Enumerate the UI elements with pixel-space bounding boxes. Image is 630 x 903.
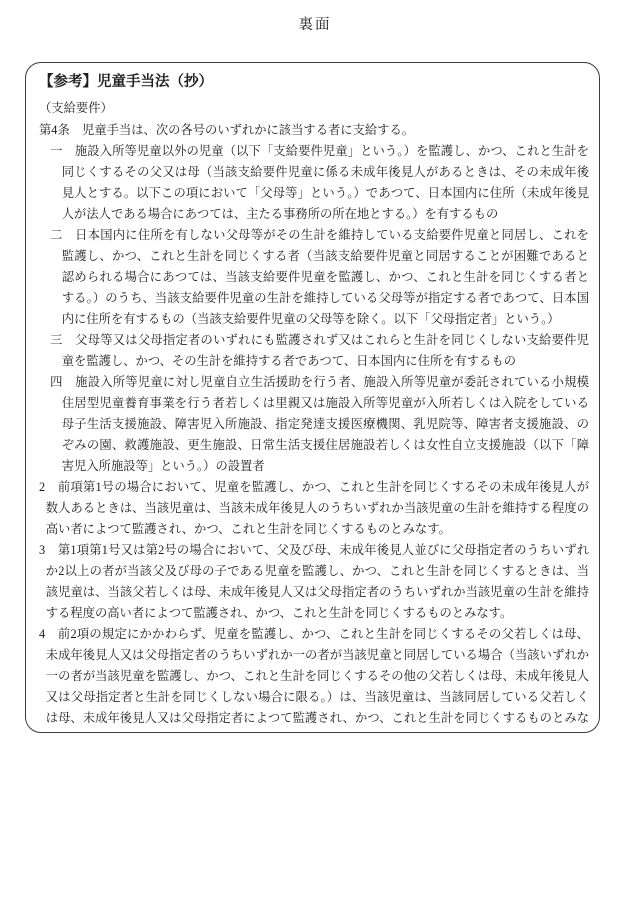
- paragraph-list: 第4条 児童手当は、次の各号のいずれかに該当する者に支給する。一 施設入所等児童…: [39, 120, 589, 733]
- law-paragraph: 一 施設入所等児童以外の児童（以下「支給要件児童」という。）を監護し、かつ、これ…: [39, 141, 589, 225]
- paragraph-text: 前項第1号の場合において、児童を監護し、かつ、これと生計を同じくするその未成年後…: [46, 480, 589, 536]
- page-title: 裏面: [0, 13, 630, 34]
- paragraph-text: 日本国内に住所を有しない父母等がその生計を維持している支給要件児童と同居し、これ…: [62, 228, 589, 326]
- paragraph-number: 3: [39, 543, 58, 557]
- paragraph-text: 第1項第1号又は第2号の場合において、父及び母、未成年後見人並びに父母指定者のう…: [46, 543, 589, 620]
- law-paragraph: 3 第1項第1号又は第2号の場合において、父及び母、未成年後見人並びに父母指定者…: [39, 540, 589, 624]
- document-page: 裏面 【参考】児童手当法（抄） （支給要件） 第4条 児童手当は、次の各号のいず…: [0, 0, 630, 903]
- paragraph-number: 4: [39, 627, 58, 641]
- paragraph-text: 前2項の規定にかかわらず、児童を監護し、かつ、これと生計を同じくするその父若しく…: [46, 627, 589, 733]
- paragraph-number: 2: [39, 480, 58, 494]
- law-paragraph: 二 日本国内に住所を有しない父母等がその生計を維持している支給要件児童と同居し、…: [39, 225, 589, 330]
- law-paragraph: 4 前2項の規定にかかわらず、児童を監護し、かつ、これと生計を同じくするその父若…: [39, 624, 589, 733]
- reference-box-title: 【参考】児童手当法（抄）: [39, 71, 589, 93]
- law-paragraph: 四 施設入所等児童に対し児童自立生活援助を行う者、施設入所等児童が委託されている…: [39, 372, 589, 477]
- reference-box-subtitle: （支給要件）: [39, 98, 589, 119]
- paragraph-number: 第4条: [39, 123, 82, 137]
- law-paragraph: 2 前項第1号の場合において、児童を監護し、かつ、これと生計を同じくするその未成…: [39, 477, 589, 540]
- law-paragraph: 第4条 児童手当は、次の各号のいずれかに該当する者に支給する。: [39, 120, 589, 141]
- paragraph-text: 児童手当は、次の各号のいずれかに該当する者に支給する。: [82, 123, 414, 137]
- law-paragraph: 三 父母等又は父母指定者のいずれにも監護されず又はこれらと生計を同じくしない支給…: [39, 330, 589, 372]
- paragraph-text: 父母等又は父母指定者のいずれにも監護されず又はこれらと生計を同じくしない支給要件…: [62, 333, 589, 368]
- reference-box: 【参考】児童手当法（抄） （支給要件） 第4条 児童手当は、次の各号のいずれかに…: [25, 62, 600, 733]
- paragraph-number: 一: [50, 144, 75, 158]
- paragraph-number: 三: [50, 333, 75, 347]
- paragraph-number: 二: [50, 228, 75, 242]
- paragraph-number: 四: [50, 375, 75, 389]
- paragraph-text: 施設入所等児童に対し児童自立生活援助を行う者、施設入所等児童が委託されている小規…: [62, 375, 589, 473]
- paragraph-text: 施設入所等児童以外の児童（以下「支給要件児童」という。）を監護し、かつ、これと生…: [62, 144, 589, 221]
